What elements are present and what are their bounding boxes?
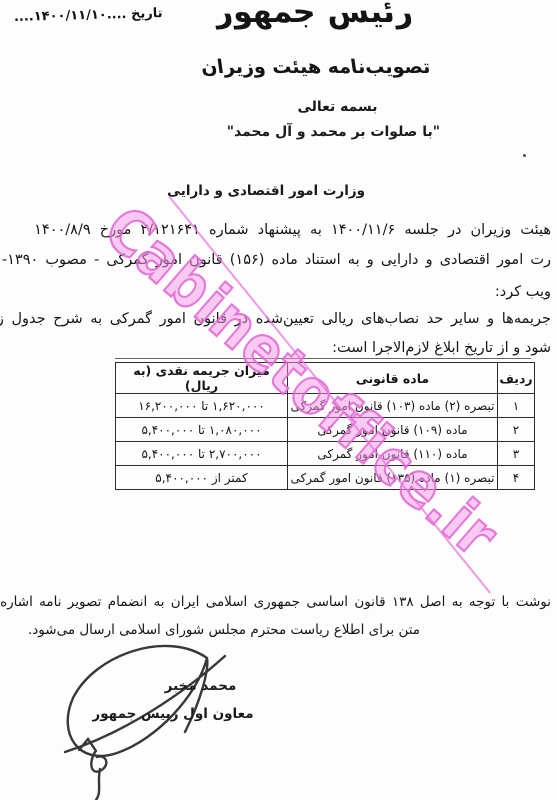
table-row: ۲ ماده (۱۰۹) قانون امور گمرکی ۱,۰۸۰,۰۰۰ … (116, 418, 535, 442)
scanned-decree-page: تاریخ ....۱۴۰۰/۱۱/۱۰.... رئیس جمهور تصوی… (0, 0, 557, 800)
fines-table: ردیف ماده قانونی میزان جریمه نقدی (به ری… (115, 362, 535, 490)
letterhead-president-title: رئیس جمهور (259, 0, 415, 30)
fine-amount-cell: ۲,۷۰۰,۰۰۰ تا ۵,۴۰۰,۰۰۰ (116, 442, 288, 466)
stray-ink-dot (523, 154, 526, 157)
legal-article-cell: ماده (۱۱۰) قانون امور گمرکی (288, 442, 498, 466)
handwritten-date-stamp: تاریخ ....۱۴۰۰/۱۱/۱۰.... (14, 6, 163, 25)
column-header-row-number: ردیف (498, 363, 535, 394)
column-header-fine-amount: میزان جریمه نقدی (به ریال) (116, 363, 288, 394)
fine-amount-cell: ۱,۶۲۰,۰۰۰ تا ۱۶,۲۰۰,۰۰۰ (116, 394, 288, 418)
table-row: ۳ ماده (۱۱۰) قانون امور گمرکی ۲,۷۰۰,۰۰۰ … (116, 442, 535, 466)
decree-paragraph-line: شود و از تاریخ ابلاغ لازم‌الاجرا است: (332, 340, 551, 356)
row-number-cell: ۴ (498, 466, 535, 490)
row-number-cell: ۲ (498, 418, 535, 442)
table-row: ۱ تبصره (۲) ماده (۱۰۳) قانون امور گمرکی … (116, 394, 535, 418)
decree-paragraph-line: هیئت وزیران در جلسه ۱۴۰۰/۱۱/۶ به پیشنهاد… (34, 222, 551, 238)
decree-paragraph-line: ویب کرد: (495, 284, 551, 300)
decree-paragraph-line: رت امور اقتصادی و دارایی و به استناد ماد… (2, 252, 551, 268)
fine-amount-cell: کمتر از ۵,۴۰۰,۰۰۰ (116, 466, 288, 490)
legal-article-cell: ماده (۱۰۹) قانون امور گمرکی (288, 418, 498, 442)
besmellah-line: بسمه تعالی (275, 99, 400, 115)
table-row: ۴ تبصره (۱) ماده (۱۳۵) قانون امور گمرکی … (116, 466, 535, 490)
column-header-legal-article: ماده قانونی (288, 363, 498, 394)
legal-article-cell: تبصره (۱) ماده (۱۳۵) قانون امور گمرکی (288, 466, 498, 490)
row-number-cell: ۱ (498, 394, 535, 418)
letterhead-cabinet-decree-subtitle: تصویب‌نامه هیئت وزیران (238, 56, 431, 78)
table-top-rule (115, 358, 531, 359)
table-header-row: ردیف ماده قانونی میزان جریمه نقدی (به ری… (116, 363, 535, 394)
salawat-line: "با صلوات بر محمد و آل محمد" (235, 124, 440, 140)
fine-amount-cell: ۱,۰۸۰,۰۰۰ تا ۵,۴۰۰,۰۰۰ (116, 418, 288, 442)
decree-paragraph-line: جریمه‌ها و سایر حد نصاب‌های ریالی تعیین‌… (0, 311, 551, 327)
footer-note-line: متن برای اطلاع ریاست محترم مجلس شورای اس… (28, 622, 420, 638)
signature-scrawl (35, 640, 265, 800)
addressee-ministry: وزارت امور اقتصادی و دارایی (205, 183, 365, 199)
legal-article-cell: تبصره (۲) ماده (۱۰۳) قانون امور گمرکی (288, 394, 498, 418)
row-number-cell: ۳ (498, 442, 535, 466)
footer-note-line: نوشت با توجه به اصل ۱۳۸ قانون اساسی جمهو… (0, 594, 551, 610)
